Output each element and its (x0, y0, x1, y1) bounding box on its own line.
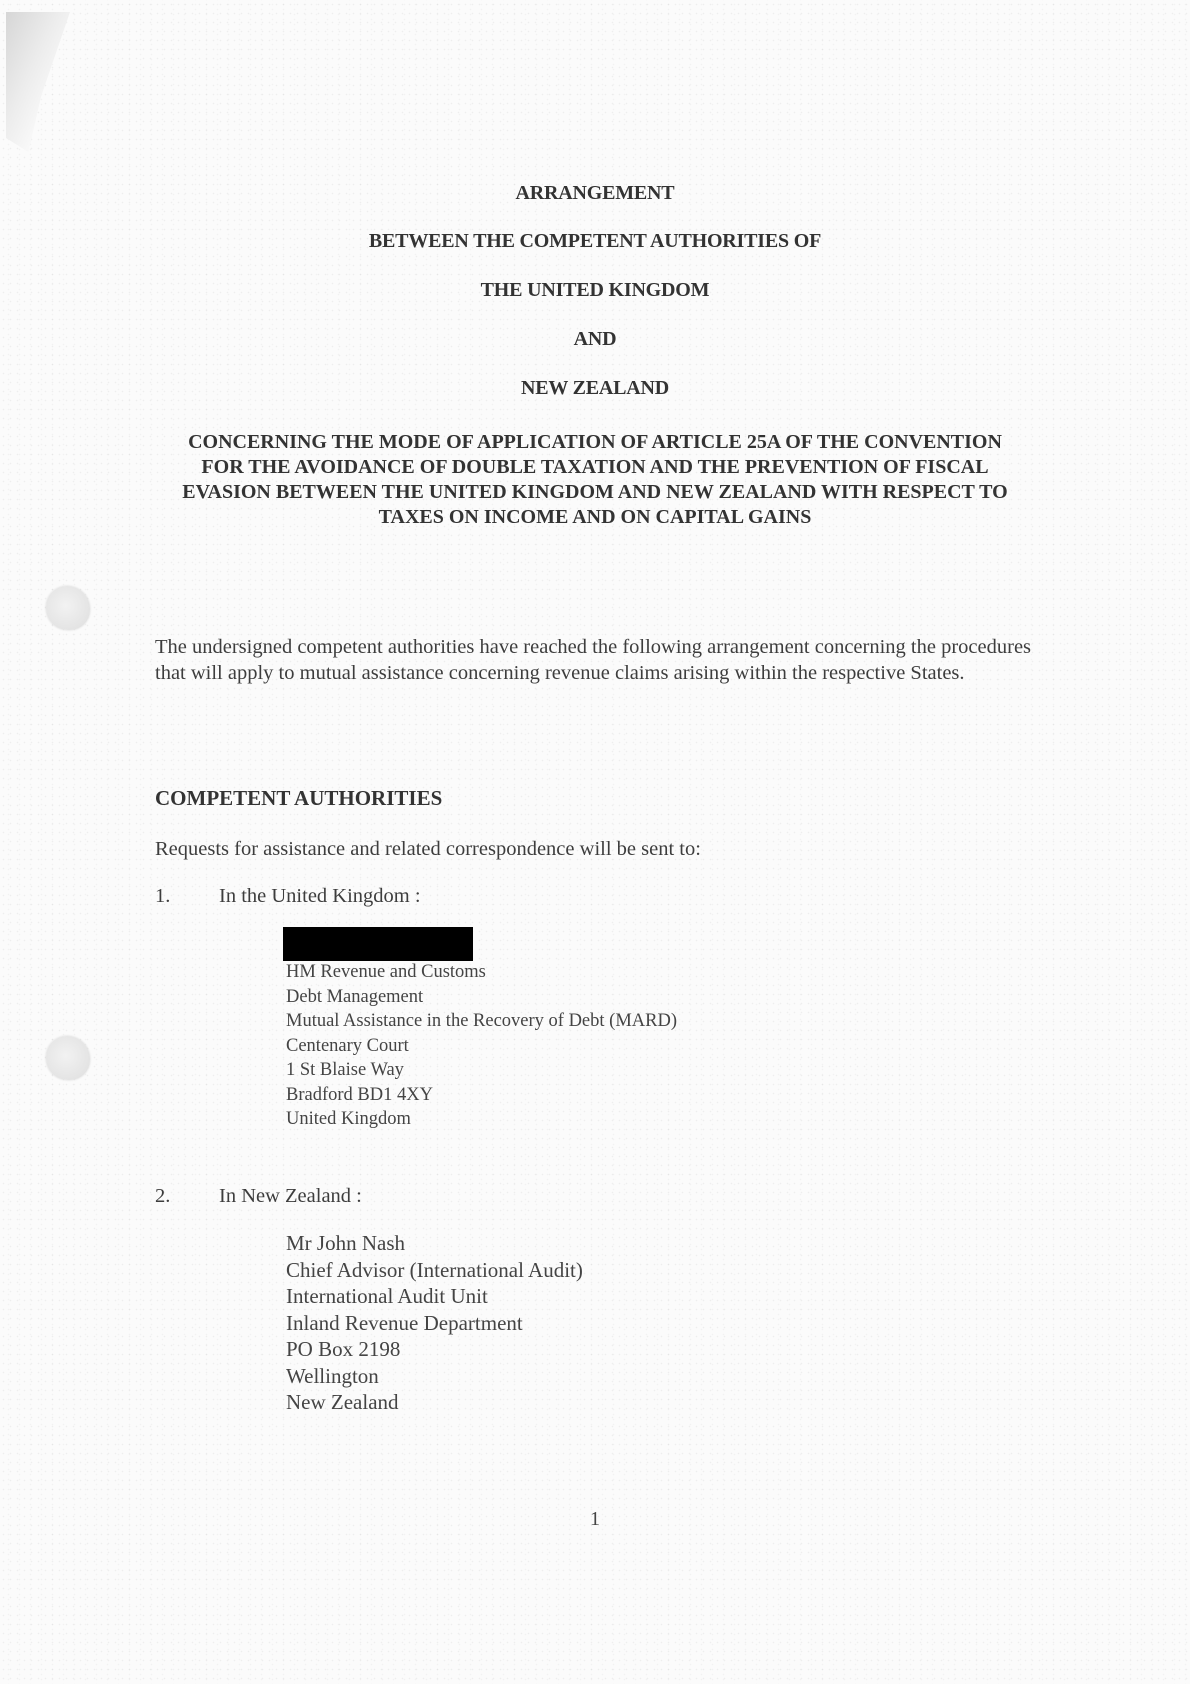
address-line: HM Revenue and Customs (286, 960, 677, 985)
item-label: In the United Kingdom : (219, 885, 421, 907)
address-line: Chief Advisor (International Audit) (286, 1257, 583, 1284)
address-line: Inland Revenue Department (286, 1310, 583, 1337)
address-line: New Zealand (286, 1389, 583, 1416)
section-heading: COMPETENT AUTHORITIES (155, 786, 442, 811)
item-label: In New Zealand : (219, 1185, 362, 1207)
address-line: Mutual Assistance in the Recovery of Deb… (286, 1009, 677, 1034)
address-line: Bradford BD1 4XY (286, 1083, 677, 1108)
item-number: 1. (155, 885, 219, 908)
document-title: ARRANGEMENT (0, 182, 1190, 205)
page-curl-artifact (6, 12, 70, 152)
address-uk: HM Revenue and Customs Debt Management M… (286, 960, 677, 1132)
intro-paragraph: The undersigned competent authorities ha… (155, 634, 1045, 686)
list-item-nz: 2.In New Zealand : (155, 1185, 362, 1208)
punch-hole (46, 1036, 90, 1080)
address-line: Wellington (286, 1363, 583, 1390)
address-line: Mr John Nash (286, 1230, 583, 1257)
page-number: 1 (0, 1508, 1190, 1531)
address-line: United Kingdom (286, 1107, 677, 1132)
address-line: International Audit Unit (286, 1283, 583, 1310)
address-line: Debt Management (286, 985, 677, 1010)
title-line-uk: THE UNITED KINGDOM (0, 279, 1190, 302)
address-line: 1 St Blaise Way (286, 1058, 677, 1083)
title-line-and: AND (0, 328, 1190, 351)
title-line-between: BETWEEN THE COMPETENT AUTHORITIES OF (0, 230, 1190, 253)
document-subject: CONCERNING THE MODE OF APPLICATION OF AR… (170, 430, 1020, 530)
punch-hole (46, 586, 90, 630)
address-line: Centenary Court (286, 1034, 677, 1059)
section-intro: Requests for assistance and related corr… (155, 838, 701, 861)
list-item-uk: 1.In the United Kingdom : (155, 885, 421, 908)
address-line: PO Box 2198 (286, 1336, 583, 1363)
address-nz: Mr John Nash Chief Advisor (Internationa… (286, 1230, 583, 1416)
redaction-box (283, 927, 473, 961)
item-number: 2. (155, 1185, 219, 1208)
title-line-nz: NEW ZEALAND (0, 377, 1190, 400)
